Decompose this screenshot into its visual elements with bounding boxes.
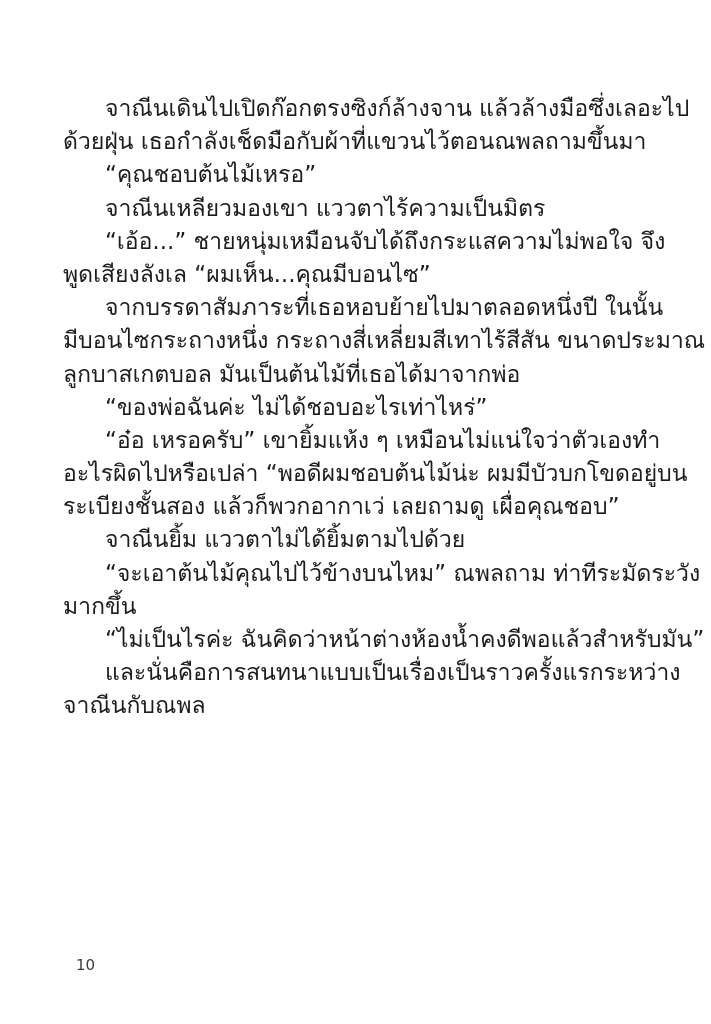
text-line: จาณีนยิ้ม แววตาไม่ได้ยิ้มตามไปด้วย	[63, 524, 655, 557]
text-line: “ของพ่อฉันค่ะ ไม่ได้ชอบอะไรเท่าไหร่”	[63, 392, 655, 425]
text-line: ด้วยฝุ่น เธอกำลังเช็ดมือกับผ้าที่แขวนไว้…	[63, 126, 655, 159]
text-line: จาณีนกับณพล	[63, 690, 655, 723]
text-line: จาณีนเหลียวมองเขา แววตาไร้ความเป็นมิตร	[63, 193, 655, 226]
text-line: จากบรรดาสัมภาระที่เธอหอบย้ายไปมาตลอดหนึ่…	[63, 292, 655, 325]
book-page: จาณีนเดินไปเปิดก๊อกตรงซิงก์ล้างจาน แล้วล…	[0, 0, 711, 1024]
text-line: มีบอนไซกระถางหนึ่ง กระถางสี่เหลี่ยมสีเทา…	[63, 325, 655, 358]
text-line: “ไม่เป็นไรค่ะ ฉันคิดว่าหน้าต่างห้องน้ำคง…	[63, 624, 655, 657]
text-line: และนั่นคือการสนทนาแบบเป็นเรื่องเป็นราวคร…	[63, 657, 655, 690]
page-number: 10	[76, 956, 95, 974]
text-line: ระเบียงชั้นสอง แล้วก็พวกอากาเว่ เลยถามดู…	[63, 491, 655, 524]
text-line: มากขึ้น	[63, 591, 655, 624]
text-line: พูดเสียงลังเล “ผมเห็น...คุณมีบอนไซ”	[63, 259, 655, 292]
text-line: จาณีนเดินไปเปิดก๊อกตรงซิงก์ล้างจาน แล้วล…	[63, 93, 655, 126]
body-text: จาณีนเดินไปเปิดก๊อกตรงซิงก์ล้างจาน แล้วล…	[63, 93, 655, 724]
text-line: ลูกบาสเกตบอล มันเป็นต้นไม้ที่เธอได้มาจาก…	[63, 359, 655, 392]
text-line: “เอ้อ...” ชายหนุ่มเหมือนจับได้ถึงกระแสคว…	[63, 226, 655, 259]
text-line: “อ๋อ เหรอครับ” เขายิ้มแห้ง ๆ เหมือนไม่แน…	[63, 425, 655, 458]
text-line: “จะเอาต้นไม้คุณไปไว้ข้างบนไหม” ณพลถาม ท่…	[63, 558, 655, 591]
text-line: “คุณชอบต้นไม้เหรอ”	[63, 159, 655, 192]
text-line: อะไรผิดไปหรือเปล่า “พอดีผมชอบต้นไม้น่ะ ผ…	[63, 458, 655, 491]
